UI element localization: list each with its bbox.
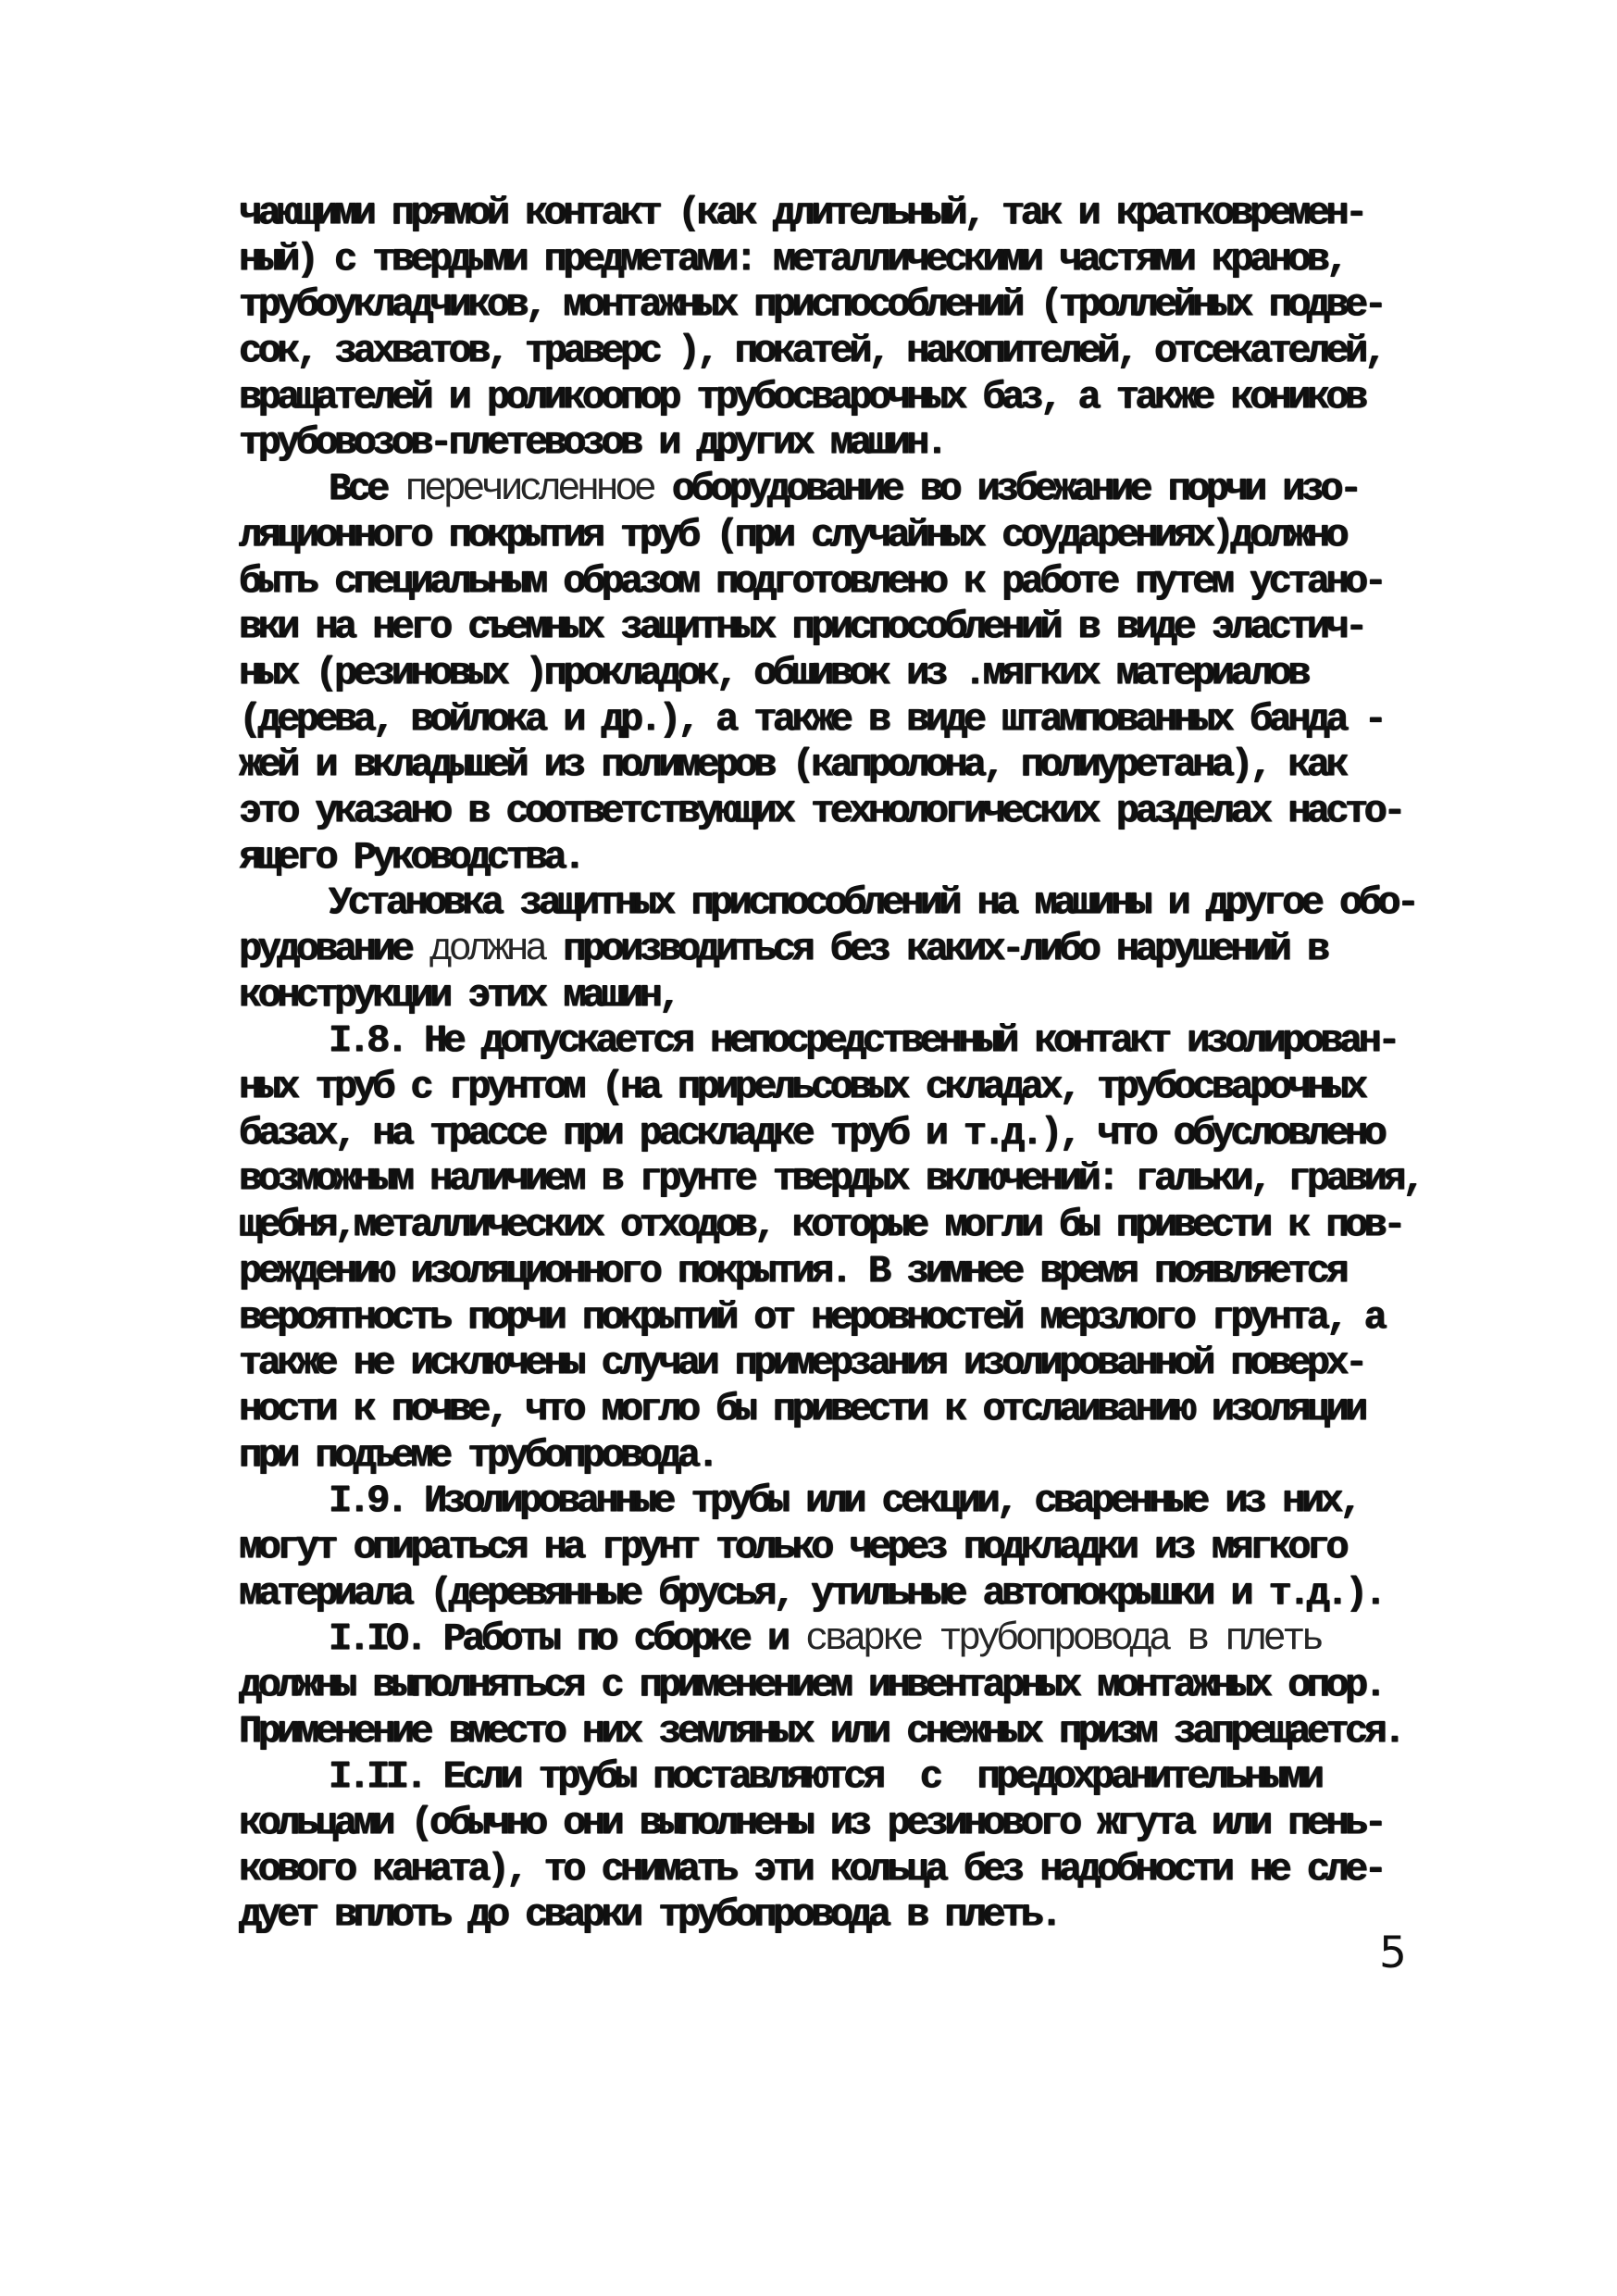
text-line: рудование должна производиться без каких…: [239, 927, 1442, 973]
text-line: могут опираться на грунт только через по…: [239, 1525, 1442, 1571]
text-segment: материала (деревянные брусья, утильные а…: [239, 1571, 1383, 1616]
text-segment: ный) с твердыми предметами: металлически…: [239, 237, 1345, 281]
page-number: 5: [1379, 1928, 1407, 1978]
text-segment: должна: [429, 927, 563, 971]
text-line: ных труб с грунтом (на прирельсовых скла…: [239, 1065, 1442, 1111]
text-line: базах, на трассе при раскладке труб и т.…: [239, 1111, 1442, 1157]
text-segment: I.II. Если трубы поставляются с предохра…: [329, 1754, 1320, 1799]
text-line: быть специальным образом подготовлено к …: [239, 559, 1442, 605]
text-segment: дует вплоть до сварки трубопровода в пле…: [239, 1892, 1059, 1937]
text-segment: ляционного покрытия труб (при случайных …: [239, 513, 1345, 557]
text-line: вероятность порчи покрытий от неровносте…: [239, 1295, 1442, 1341]
text-line: должны выполняться с применением инвента…: [239, 1663, 1442, 1709]
text-segment: перечисленное: [404, 467, 671, 511]
text-segment: жей и вкладышей из полимеров (капролона,…: [239, 742, 1345, 787]
text-line: Установка защитных приспособлений на маш…: [239, 880, 1442, 927]
text-line: дует вплоть до сварки трубопровода в пле…: [239, 1892, 1442, 1939]
text-segment: трубоукладчиков, монтажных приспособлени…: [239, 282, 1383, 327]
text-line: ных (резиновых )прокладок, обшивок из .м…: [239, 651, 1442, 697]
document-body: чающими прямой контакт (как длительный, …: [239, 191, 1442, 1939]
text-line: ящего Руководства.: [239, 835, 1442, 881]
text-line: ляционного покрытия труб (при случайных …: [239, 513, 1442, 559]
text-line: Все перечисленное оборудование во избежа…: [239, 467, 1442, 513]
text-line: кового каната), то снимать эти кольца бе…: [239, 1847, 1442, 1893]
text-segment: вращателей и роликоопор трубосварочных б…: [239, 375, 1364, 419]
text-segment: могут опираться на грунт только через по…: [239, 1525, 1345, 1569]
text-line: Применение вместо них земляных или снежн…: [239, 1709, 1442, 1755]
text-segment: конструкции этих машин,: [239, 973, 678, 1017]
text-segment: щебня,металлических отходов, которые мог…: [239, 1203, 1402, 1247]
scanned-page: чающими прямой контакт (как длительный, …: [0, 0, 1617, 2296]
text-line: чающими прямой контакт (как длительный, …: [239, 191, 1442, 237]
text-segment: вки на него съемных защитных приспособле…: [239, 605, 1364, 649]
text-segment: (дерева, войлока и др.), а также в виде …: [239, 697, 1383, 742]
text-segment: трубовозов-плетевозов и других машин.: [239, 420, 944, 465]
text-line: ности к почве, что могло бы привести к о…: [239, 1387, 1442, 1433]
text-line: трубоукладчиков, монтажных приспособлени…: [239, 282, 1442, 329]
text-segment: ных (резиновых )прокладок, обшивок из .м…: [239, 651, 1307, 695]
text-segment: базах, на трассе при раскладке труб и т.…: [239, 1111, 1383, 1155]
text-line: жей и вкладышей из полимеров (капролона,…: [239, 742, 1442, 789]
text-segment: сварке трубопровода в плеть: [805, 1616, 1320, 1661]
text-line: также не исключены случаи примерзания из…: [239, 1341, 1442, 1387]
text-line: I.9. Изолированные трубы или секции, сва…: [239, 1479, 1442, 1525]
text-segment: быть специальным образом подготовлено к …: [239, 559, 1383, 604]
text-segment: реждению изоляционного покрытия. В зимне…: [239, 1249, 1345, 1293]
text-line: трубовозов-плетевозов и других машин.: [239, 420, 1442, 467]
text-line: щебня,металлических отходов, которые мог…: [239, 1203, 1442, 1249]
text-line: ный) с твердыми предметами: металлически…: [239, 237, 1442, 283]
text-line: I.II. Если трубы поставляются с предохра…: [239, 1754, 1442, 1801]
text-line: конструкции этих машин,: [239, 973, 1442, 1019]
text-segment: I.8. Не допускается непосредственный кон…: [329, 1018, 1397, 1063]
text-line: сок, захватов, траверс ), покатей, накоп…: [239, 329, 1442, 375]
text-segment: Все: [329, 467, 404, 511]
text-segment: оборудование во избежание порчи изо-: [672, 467, 1359, 511]
text-line: I.8. Не допускается непосредственный кон…: [239, 1018, 1442, 1065]
text-segment: также не исключены случаи примерзания из…: [239, 1341, 1364, 1385]
text-segment: должны выполняться с применением инвента…: [239, 1663, 1383, 1707]
text-segment: Установка защитных приспособлений на маш…: [329, 880, 1415, 925]
text-line: вки на него съемных защитных приспособле…: [239, 605, 1442, 651]
text-segment: I.IO. Работы по сборке и: [329, 1616, 805, 1661]
text-segment: I.9. Изолированные трубы или секции, сва…: [329, 1479, 1359, 1523]
text-segment: чающими прямой контакт (как длительный, …: [239, 191, 1364, 235]
text-line: I.IO. Работы по сборке и сварке трубопро…: [239, 1616, 1442, 1663]
text-segment: вероятность порчи покрытий от неровносте…: [239, 1295, 1383, 1340]
text-segment: рудование: [239, 927, 429, 971]
text-segment: Применение вместо них земляных или снежн…: [239, 1709, 1402, 1753]
text-segment: возможным наличием в грунте твердых вклю…: [239, 1156, 1421, 1201]
text-segment: ных труб с грунтом (на прирельсовых скла…: [239, 1065, 1364, 1109]
text-line: это указано в соответствующих технологич…: [239, 789, 1442, 835]
text-line: при подъеме трубопровода.: [239, 1433, 1442, 1479]
text-line: вращателей и роликоопор трубосварочных б…: [239, 375, 1442, 421]
text-segment: сок, захватов, траверс ), покатей, накоп…: [239, 329, 1383, 373]
text-segment: это указано в соответствующих технологич…: [239, 789, 1402, 833]
text-segment: кольцами (обычно они выполнены из резино…: [239, 1801, 1383, 1845]
text-segment: ности к почве, что могло бы привести к о…: [239, 1387, 1364, 1431]
text-segment: при подъеме трубопровода.: [239, 1433, 715, 1478]
text-segment: производиться без каких-либо нарушений в: [563, 927, 1325, 971]
text-line: реждению изоляционного покрытия. В зимне…: [239, 1249, 1442, 1295]
text-line: кольцами (обычно они выполнены из резино…: [239, 1801, 1442, 1847]
text-line: материала (деревянные брусья, утильные а…: [239, 1571, 1442, 1617]
text-line: (дерева, войлока и др.), а также в виде …: [239, 697, 1442, 743]
text-line: возможным наличием в грунте твердых вклю…: [239, 1156, 1442, 1203]
text-segment: кового каната), то снимать эти кольца бе…: [239, 1847, 1383, 1891]
text-segment: ящего Руководства.: [239, 835, 582, 880]
